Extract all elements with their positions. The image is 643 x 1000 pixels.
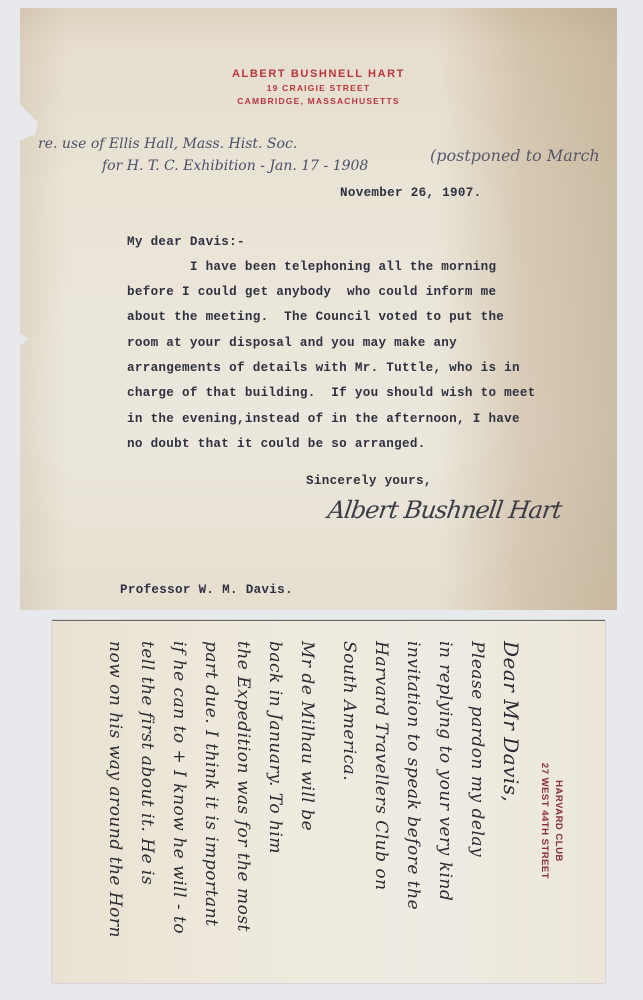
typed-letter-sheet: ALBERT BUSHNELL HART 19 CRAIGIE STREET C… [20, 8, 617, 610]
rotated-note-content: HARVARD CLUB 27 WEST 44TH STREET Dear Mr… [52, 621, 605, 983]
body-line: I have been telephoning all the morning [127, 260, 496, 274]
handwritten-note-sheet: HARVARD CLUB 27 WEST 44TH STREET Dear Mr… [52, 620, 605, 983]
note-line: Please pardon my delay [467, 641, 487, 857]
salutation: My dear Davis:- [127, 235, 245, 249]
body-line: in the evening,instead of in the afterno… [127, 412, 520, 426]
body-line: no doubt that it could be so arranged. [127, 437, 426, 451]
note-line: Harvard Travellers Club on [371, 641, 391, 891]
letterhead-city: CAMBRIDGE, MASSACHUSETTS [20, 96, 617, 106]
hart-letterhead: ALBERT BUSHNELL HART 19 CRAIGIE STREET C… [20, 68, 617, 106]
note-line: if he can to + I know he will - to [169, 641, 189, 934]
handwritten-annotation-line-2: for H. T. C. Exhibition - Jan. 17 - 1908 [102, 158, 368, 174]
note-line: the Expedition was for the most [233, 641, 253, 932]
club-name: HARVARD CLUB [551, 741, 565, 901]
body-line: before I could get anybody who could inf… [127, 285, 496, 299]
note-line: Mr de Milhau will be [297, 641, 317, 831]
letter-date: November 26, 1907. [340, 186, 481, 200]
note-line: now on his way around the Horn [105, 641, 125, 938]
handwritten-annotation-postponed: (postponed to March [430, 146, 600, 165]
note-line: back in January. To him [265, 641, 285, 854]
note-line: in replying to your very kind [435, 641, 455, 901]
club-address: 27 WEST 44TH STREET [537, 741, 551, 901]
handwritten-annotation-line-1: re. use of Ellis Hall, Mass. Hist. Soc. [38, 136, 297, 152]
letterhead-name: ALBERT BUSHNELL HART [20, 68, 617, 80]
recipient: Professor W. M. Davis. [120, 583, 293, 597]
signature: Albert Bushnell Hart [326, 496, 563, 524]
note-line: South America. [339, 641, 359, 781]
body-line: arrangements of details with Mr. Tuttle,… [127, 361, 520, 375]
letterhead-street: 19 CRAIGIE STREET [20, 83, 617, 93]
body-line: about the meeting. The Council voted to … [127, 310, 504, 324]
harvard-club-letterhead: HARVARD CLUB 27 WEST 44TH STREET [537, 741, 565, 901]
note-line: Dear Mr Davis, [499, 641, 523, 802]
note-line: part due. I think it is important [201, 641, 221, 926]
body-line: room at your disposal and you may make a… [127, 336, 457, 350]
closing: Sincerely yours, [306, 474, 432, 488]
body-line: charge of that building. If you should w… [127, 386, 536, 400]
note-line: invitation to speak before the [403, 641, 423, 910]
note-line: tell the first about it. He is [137, 641, 157, 885]
